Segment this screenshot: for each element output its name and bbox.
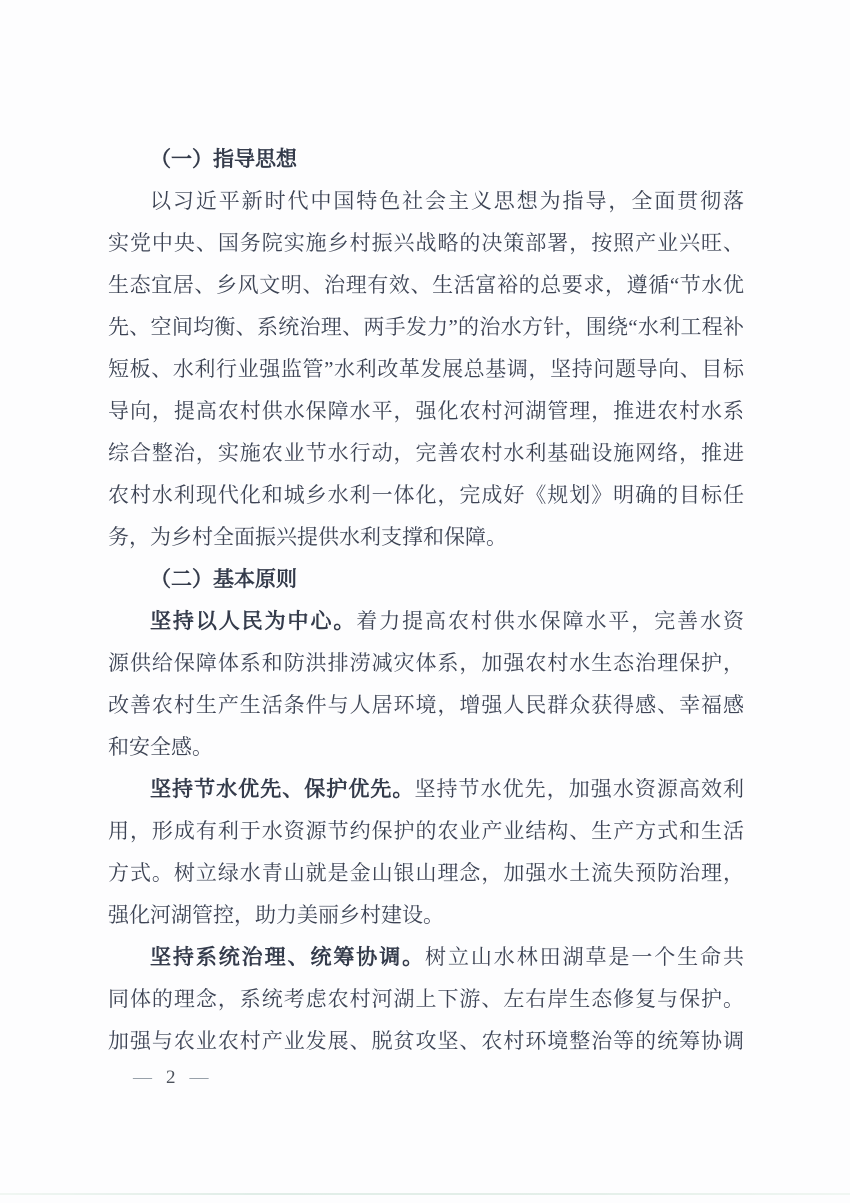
line-text: 加强与农业农村产业发展、脱贫攻坚、农村环境整治等的统筹协调 [108,1029,744,1053]
line-text: 着力提高农村供水保障水平，完善水资 [356,609,744,633]
line-text: 坚持节水优先，加强水资源高效利 [414,777,744,801]
doc-line: 坚持节水优先、保护优先。坚持节水优先，加强水资源高效利 [108,768,744,810]
paragraph-lead: 坚持系统治理、统筹协调。 [150,945,425,969]
footer-dash-right: — [190,1067,210,1088]
doc-line: 实党中央、国务院实施乡村振兴战略的决策部署，按照产业兴旺、 [108,222,744,264]
doc-line: 强化河湖管控，助力美丽乡村建设。 [108,894,744,936]
line-text: 务，为乡村全面振兴提供水利支撑和保障。 [108,525,507,549]
scan-page-bottom-edge [0,1193,850,1195]
heading-text: （一）指导思想 [150,147,297,171]
line-text: 和安全感。 [108,735,213,759]
doc-line: 以习近平新时代中国特色社会主义思想为指导，全面贯彻落 [108,180,744,222]
section-heading-2: （二）基本原则 [108,558,744,600]
line-text: 生态宜居、乡风文明、治理有效、生活富裕的总要求，遵循“节水优 [108,273,744,297]
line-text: 先、空间均衡、系统治理、两手发力”的治水方针，围绕“水利工程补 [108,315,744,339]
page-number-footer: —2— [108,1062,210,1094]
paragraph-lead: 坚持节水优先、保护优先。 [150,777,414,801]
doc-line: 先、空间均衡、系统治理、两手发力”的治水方针，围绕“水利工程补 [108,306,744,348]
doc-line: 源供给保障体系和防洪排涝减灾体系，加强农村水生态治理保护， [108,642,744,684]
line-text: 以习近平新时代中国特色社会主义思想为指导，全面贯彻落 [150,189,744,213]
line-text: 树立山水林田湖草是一个生命共 [425,945,744,969]
doc-line: 同体的理念，系统考虑农村河湖上下游、左右岸生态修复与保护。 [108,978,744,1020]
doc-line: 坚持系统治理、统筹协调。树立山水林田湖草是一个生命共 [108,936,744,978]
doc-line: 和安全感。 [108,726,744,768]
doc-line: 务，为乡村全面振兴提供水利支撑和保障。 [108,516,744,558]
doc-line: 生态宜居、乡风文明、治理有效、生活富裕的总要求，遵循“节水优 [108,264,744,306]
line-text: 用，形成有利于水资源节约保护的农业产业结构、生产方式和生活 [108,819,744,843]
doc-line: 坚持以人民为中心。着力提高农村供水保障水平，完善水资 [108,600,744,642]
document-body: （一）指导思想 以习近平新时代中国特色社会主义思想为指导，全面贯彻落 实党中央、… [108,138,744,1062]
line-text: 农村水利现代化和城乡水利一体化，完成好《规划》明确的目标任 [108,483,744,507]
paragraph-lead: 坚持以人民为中心。 [150,609,356,633]
heading-text: （二）基本原则 [150,567,297,591]
document-page: （一）指导思想 以习近平新时代中国特色社会主义思想为指导，全面贯彻落 实党中央、… [0,0,850,1203]
doc-line: 加强与农业农村产业发展、脱贫攻坚、农村环境整治等的统筹协调 [108,1020,744,1062]
line-text: 方式。树立绿水青山就是金山银山理念，加强水土流失预防治理， [108,861,744,885]
line-text: 强化河湖管控，助力美丽乡村建设。 [108,903,444,927]
line-text: 导向，提高农村供水保障水平，强化农村河湖管理，推进农村水系 [108,399,744,423]
doc-line: 方式。树立绿水青山就是金山银山理念，加强水土流失预防治理， [108,852,744,894]
doc-line: 综合整治，实施农业节水行动，完善农村水利基础设施网络，推进 [108,432,744,474]
doc-line: 导向，提高农村供水保障水平，强化农村河湖管理，推进农村水系 [108,390,744,432]
footer-dash-left: — [133,1067,153,1088]
section-heading-1: （一）指导思想 [108,138,744,180]
line-text: 综合整治，实施农业节水行动，完善农村水利基础设施网络，推进 [108,441,744,465]
line-text: 改善农村生产生活条件与人居环境，增强人民群众获得感、幸福感 [108,693,744,717]
doc-line: 改善农村生产生活条件与人居环境，增强人民群众获得感、幸福感 [108,684,744,726]
line-text: 同体的理念，系统考虑农村河湖上下游、左右岸生态修复与保护。 [108,987,744,1011]
line-text: 源供给保障体系和防洪排涝减灾体系，加强农村水生态治理保护， [108,651,744,675]
line-text: 短板、水利行业强监管”水利改革发展总基调，坚持问题导向、目标 [108,357,744,381]
doc-line: 用，形成有利于水资源节约保护的农业产业结构、生产方式和生活 [108,810,744,852]
line-text: 实党中央、国务院实施乡村振兴战略的决策部署，按照产业兴旺、 [108,231,744,255]
doc-line: 农村水利现代化和城乡水利一体化，完成好《规划》明确的目标任 [108,474,744,516]
page-number: 2 [166,1067,177,1088]
doc-line: 短板、水利行业强监管”水利改革发展总基调，坚持问题导向、目标 [108,348,744,390]
